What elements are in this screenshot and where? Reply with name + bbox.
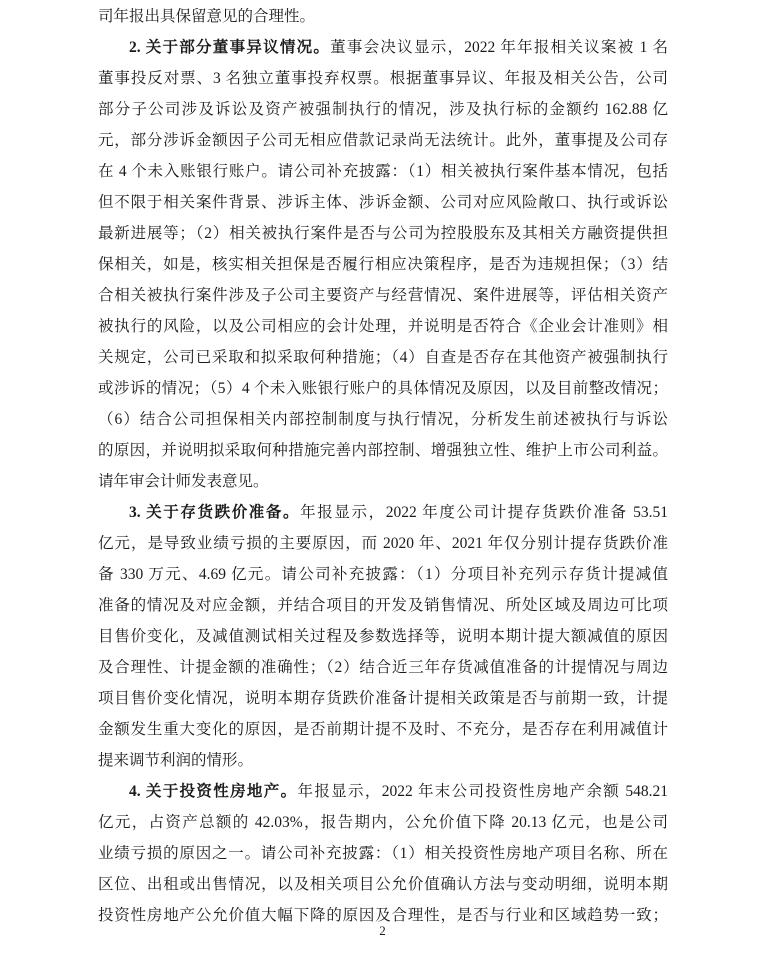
body-text: 准备的情况及对应金额，并结合项目的开发及销售情况、所处区域及周边可比项 — [98, 597, 668, 614]
body-text: 合相关被执行案件涉及子公司主要资产与经营情况、案件进展等，评估相关资产 — [98, 287, 668, 304]
text-line: 部分子公司涉及诉讼及资产被强制执行的情况，涉及执行标的金额约 162.88 亿 — [98, 94, 668, 125]
body-text: 目售价变化，及减值测试相关过程及参数选择等，说明本期计提大额减值的原因 — [98, 628, 668, 645]
page-number: 2 — [0, 922, 765, 940]
body-text: （6）结合公司担保相关内部控制制度与执行情况，分析发生前述被执行与诉讼 — [98, 411, 668, 428]
text-line: 金额发生重大变化的原因，是否前期计提不及时、不充分，是否存在利用减值计 — [98, 714, 668, 745]
text-line: 董事投反对票、3 名独立董事投弃权票。根据董事异议、年报及相关公告，公司 — [98, 63, 668, 94]
body-text: 请年审会计师发表意见。 — [98, 473, 269, 490]
document-body: 司年报出具保留意见的合理性。2. 关于部分董事异议情况。董事会决议显示，2022… — [98, 1, 668, 931]
text-line: 最新进展等；（2）相关被执行案件是否与公司为控股股东及其相关方融资提供担 — [98, 218, 668, 249]
body-text: 年报显示，2022 年末公司投资性房地产余额 548.21 — [297, 783, 668, 800]
body-text: 但不限于相关案件背景、涉诉主体、涉诉金额、公司对应风险敞口、执行或诉讼 — [98, 194, 668, 211]
body-text: 项目售价变化情况，说明本期存货跌价准备计提相关政策是否与前期一致，计提 — [98, 690, 668, 707]
text-line: 保相关，如是，核实相关担保是否履行相应决策程序，是否为违规担保；（3）结 — [98, 249, 668, 280]
body-text: 被执行的风险，以及公司相应的会计处理，并说明是否符合《企业会计准则》相 — [98, 318, 668, 335]
text-line: 4. 关于投资性房地产。年报显示，2022 年末公司投资性房地产余额 548.2… — [98, 776, 668, 807]
text-line: 目售价变化，及减值测试相关过程及参数选择等，说明本期计提大额减值的原因 — [98, 621, 668, 652]
body-text: 董事会决议显示，2022 年年报相关议案被 1 名 — [330, 39, 668, 56]
text-line: 元，部分涉诉金额因子公司无相应借款记录尚无法统计。此外，董事提及公司存 — [98, 125, 668, 156]
body-text: 最新进展等；（2）相关被执行案件是否与公司为控股股东及其相关方融资提供担 — [98, 225, 668, 242]
text-line: 区位、出租或出售情况，以及相关项目公允价值确认方法与变动明细，说明本期 — [98, 869, 668, 900]
text-line: 的原因，并说明拟采取何种措施完善内部控制、增强独立性、维护上市公司利益。 — [98, 435, 668, 466]
text-line: 业绩亏损的原因之一。请公司补充披露：（1）相关投资性房地产项目名称、所在 — [98, 838, 668, 869]
text-line: 在 4 个未入账银行账户。请公司补充披露：（1）相关被执行案件基本情况，包括 — [98, 156, 668, 187]
text-line: 项目售价变化情况，说明本期存货跌价准备计提相关政策是否与前期一致，计提 — [98, 683, 668, 714]
section-heading: 3. 关于存货跌价准备。 — [129, 504, 300, 521]
body-text: 保相关，如是，核实相关担保是否履行相应决策程序，是否为违规担保；（3）结 — [98, 256, 668, 273]
text-line: 关规定，公司已采取和拟采取何种措施；（4）自查是否存在其他资产被强制执行 — [98, 342, 668, 373]
section-heading: 4. 关于投资性房地产。 — [129, 783, 297, 800]
document-page: 司年报出具保留意见的合理性。2. 关于部分董事异议情况。董事会决议显示，2022… — [0, 0, 765, 966]
body-text: 或涉诉的情况；（5）4 个未入账银行账户的具体情况及原因，以及目前整改情况； — [98, 380, 668, 397]
body-text: 元，部分涉诉金额因子公司无相应借款记录尚无法统计。此外，董事提及公司存 — [98, 132, 668, 149]
body-text: 年报显示，2022 年度公司计提存货跌价准备 53.51 — [300, 504, 668, 521]
text-line: 备 330 万元、4.69 亿元。请公司补充披露：（1）分项目补充列示存货计提减… — [98, 559, 668, 590]
text-line: 但不限于相关案件背景、涉诉主体、涉诉金额、公司对应风险敞口、执行或诉讼 — [98, 187, 668, 218]
text-line: 亿元，占资产总额的 42.03%，报告期内，公允价值下降 20.13 亿元，也是… — [98, 807, 668, 838]
text-line: 亿元，是导致业绩亏损的主要原因，而 2020 年、2021 年仅分别计提存货跌价… — [98, 528, 668, 559]
text-line: 或涉诉的情况；（5）4 个未入账银行账户的具体情况及原因，以及目前整改情况； — [98, 373, 668, 404]
text-line: 提来调节利润的情形。 — [98, 745, 668, 776]
text-line: （6）结合公司担保相关内部控制制度与执行情况，分析发生前述被执行与诉讼 — [98, 404, 668, 435]
body-text: 备 330 万元、4.69 亿元。请公司补充披露：（1）分项目补充列示存货计提减… — [98, 566, 668, 583]
text-line: 及合理性、计提金额的准确性；（2）结合近三年存货减值准备的计提情况与周边 — [98, 652, 668, 683]
text-line: 合相关被执行案件涉及子公司主要资产与经营情况、案件进展等，评估相关资产 — [98, 280, 668, 311]
text-line: 准备的情况及对应金额，并结合项目的开发及销售情况、所处区域及周边可比项 — [98, 590, 668, 621]
body-text: 及合理性、计提金额的准确性；（2）结合近三年存货减值准备的计提情况与周边 — [98, 659, 668, 676]
body-text: 金额发生重大变化的原因，是否前期计提不及时、不充分，是否存在利用减值计 — [98, 721, 668, 738]
body-text: 亿元，是导致业绩亏损的主要原因，而 2020 年、2021 年仅分别计提存货跌价… — [98, 535, 668, 552]
body-text: 部分子公司涉及诉讼及资产被强制执行的情况，涉及执行标的金额约 162.88 亿 — [98, 101, 668, 118]
body-text: 提来调节利润的情形。 — [98, 752, 253, 769]
text-line: 被执行的风险，以及公司相应的会计处理，并说明是否符合《企业会计准则》相 — [98, 311, 668, 342]
body-text: 司年报出具保留意见的合理性。 — [98, 8, 315, 25]
body-text: 业绩亏损的原因之一。请公司补充披露：（1）相关投资性房地产项目名称、所在 — [98, 845, 668, 862]
body-text: 的原因，并说明拟采取何种措施完善内部控制、增强独立性、维护上市公司利益。 — [98, 442, 668, 459]
body-text: 区位、出租或出售情况，以及相关项目公允价值确认方法与变动明细，说明本期 — [98, 876, 668, 893]
text-line: 司年报出具保留意见的合理性。 — [98, 1, 668, 32]
body-text: 董事投反对票、3 名独立董事投弃权票。根据董事异议、年报及相关公告，公司 — [98, 70, 668, 87]
text-line: 请年审会计师发表意见。 — [98, 466, 668, 497]
body-text: 亿元，占资产总额的 42.03%，报告期内，公允价值下降 20.13 亿元，也是… — [98, 814, 668, 831]
section-heading: 2. 关于部分董事异议情况。 — [129, 39, 330, 56]
body-text: 关规定，公司已采取和拟采取何种措施；（4）自查是否存在其他资产被强制执行 — [98, 349, 668, 366]
text-line: 3. 关于存货跌价准备。年报显示，2022 年度公司计提存货跌价准备 53.51 — [98, 497, 668, 528]
text-line: 2. 关于部分董事异议情况。董事会决议显示，2022 年年报相关议案被 1 名 — [98, 32, 668, 63]
body-text: 在 4 个未入账银行账户。请公司补充披露：（1）相关被执行案件基本情况，包括 — [98, 163, 668, 180]
